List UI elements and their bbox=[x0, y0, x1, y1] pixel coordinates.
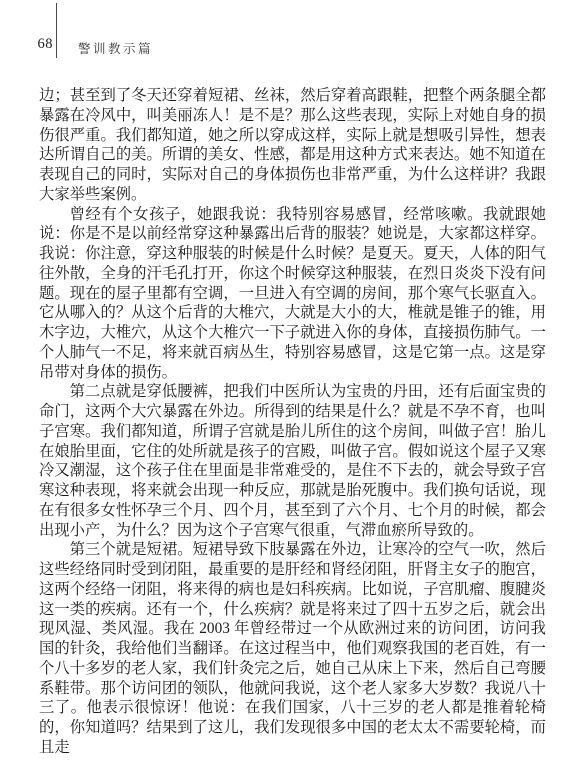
body-paragraph: 边；甚至到了冬天还穿着短裙、丝袜，然后穿着高跟鞋，把整个两条腿全都暴露在冷风中，… bbox=[39, 86, 546, 205]
page-number: 68 bbox=[33, 36, 53, 53]
page-header: 68 警训教示篇 bbox=[0, 0, 580, 60]
body-paragraph: 曾经有个女孩子，她跟我说：我特别容易感冒，经常咳嗽。我就跟她说：你是不是以前经常… bbox=[39, 205, 546, 383]
book-page: 68 警训教示篇 边；甚至到了冬天还穿着短裙、丝袜，然后穿着高跟鞋，把整个两条腿… bbox=[0, 0, 580, 770]
running-head-title: 警训教示篇 bbox=[78, 39, 153, 57]
body-paragraph: 第二点就是穿低腰裤，把我们中医所认为宝贵的丹田，还有后面宝贵的命门，这两个大穴暴… bbox=[39, 382, 546, 540]
body-text-block: 边；甚至到了冬天还穿着短裙、丝袜，然后穿着高跟鞋，把整个两条腿全都暴露在冷风中，… bbox=[39, 86, 546, 758]
body-paragraph: 第三个就是短裙。短裙导致下肢暴露在外边，让寒冷的空气一吹，然后这些经络同时受到闭… bbox=[39, 540, 546, 757]
header-divider-rule bbox=[56, 3, 57, 58]
